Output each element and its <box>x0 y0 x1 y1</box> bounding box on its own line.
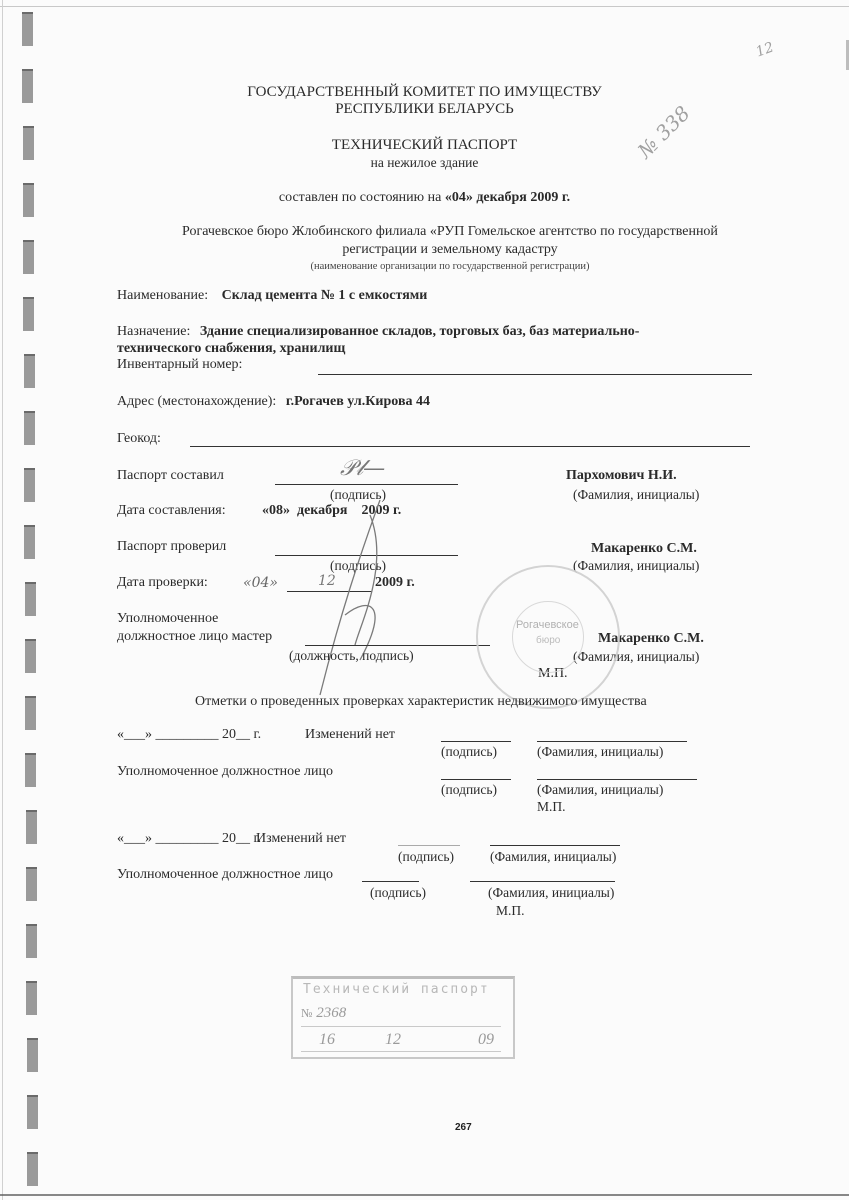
authorized-signature-line <box>305 645 490 646</box>
binding-hole <box>24 525 35 559</box>
authorized-sig-caption: (должность, подпись) <box>289 648 414 664</box>
inspection-1-sig-line <box>441 741 511 742</box>
seal-text-line-1: Рогачевское <box>516 619 579 631</box>
inspection-1-official-sig-caption: (подпись) <box>441 782 497 798</box>
as-of-date: «04» декабря 2009 г. <box>445 190 570 205</box>
registry-stamp-year: 09 <box>478 1031 494 1049</box>
geocode-label: Геокод: <box>117 431 161 447</box>
checked-name-caption: (Фамилия, инициалы) <box>573 558 699 574</box>
page-number: 267 <box>455 1122 472 1133</box>
inspection-2-official-sig-line <box>362 881 419 882</box>
checked-name: Макаренко С.М. <box>591 541 697 557</box>
purpose-value-line-2: технического снабжения, хранилищ <box>117 341 345 357</box>
inspection-2-status: Изменений нет <box>256 831 346 847</box>
address-label: Адрес (местонахождение): <box>117 394 276 409</box>
as-of-prefix: составлен по состоянию на <box>279 190 441 205</box>
binding-hole <box>22 12 33 46</box>
org-line-1: Рогачевское бюро Жлобинского филиала «РУ… <box>0 224 849 240</box>
binding-hole <box>27 1038 38 1072</box>
compiled-name-caption: (Фамилия, инициалы) <box>573 487 699 503</box>
inspection-2-date: «___» _________ 20__ г. <box>117 831 261 847</box>
inspection-1-official-label: Уполномоченное должностное лицо <box>117 764 333 780</box>
registry-number-prefix: № <box>301 1006 312 1020</box>
verifier-signature <box>300 495 410 705</box>
inspection-2-seal-place: М.П. <box>496 903 525 919</box>
geocode-underline <box>190 446 750 447</box>
binding-hole <box>25 696 36 730</box>
registry-stamp-month: 12 <box>385 1031 401 1049</box>
registry-stamp-number: № 2368 <box>301 1005 346 1022</box>
address-value: г.Рогачев ул.Кирова 44 <box>286 394 430 409</box>
compiled-name: Пархомович Н.И. <box>566 468 677 484</box>
compiled-signature-line <box>275 484 458 485</box>
inspection-1-name-line <box>537 741 687 742</box>
name-value: Склад цемента № 1 с емкостями <box>222 288 428 303</box>
registry-stamp-day: 16 <box>319 1031 335 1049</box>
checked-label: Паспорт проверил <box>117 539 226 555</box>
binding-hole <box>24 411 35 445</box>
binding-hole <box>26 810 37 844</box>
inspection-1-sig-caption: (подпись) <box>441 744 497 760</box>
inspection-1-official-name-caption: (Фамилия, инициалы) <box>537 782 663 798</box>
purpose-value-line-1: Здание специализированное складов, торго… <box>200 324 640 339</box>
authorized-label-line-1: Уполномоченное <box>117 611 218 627</box>
checked-date-label: Дата проверки: <box>117 575 208 591</box>
binding-hole <box>24 468 35 502</box>
as-of-line: составлен по состоянию на «04» декабря 2… <box>0 190 849 206</box>
scan-edge-top <box>0 6 849 7</box>
inspection-1-name-caption: (Фамилия, инициалы) <box>537 744 663 760</box>
binding-hole <box>26 924 37 958</box>
inventory-underline <box>318 374 752 375</box>
scan-edge-bottom <box>0 1194 849 1196</box>
seal-text-line-2: бюро <box>536 635 560 646</box>
registry-number-value: 2368 <box>316 1005 346 1021</box>
inspection-2-sig-caption: (подпись) <box>398 849 454 865</box>
binding-hole <box>27 1095 38 1129</box>
inspection-2-official-name-caption: (Фамилия, инициалы) <box>488 885 614 901</box>
binding-hole <box>25 582 36 616</box>
org-caption: (наименование организации по государстве… <box>0 261 849 272</box>
compiled-signature: 𝒫𝓁— <box>340 456 385 481</box>
checked-date-day: «04» <box>243 575 278 591</box>
name-label: Наименование: <box>117 288 208 303</box>
registry-stamp-divider-2 <box>301 1051 501 1052</box>
org-line-2: регистрации и земельному кадастру <box>0 242 849 258</box>
corner-page-mark: 12 <box>754 39 776 60</box>
committee-line-2: РЕСПУБЛИКИ БЕЛАРУСЬ <box>0 101 849 118</box>
binding-hole <box>26 981 37 1015</box>
inspection-2-sig-line <box>398 845 460 846</box>
binding-hole <box>27 1152 38 1186</box>
inspection-1-status: Изменений нет <box>305 727 395 743</box>
inspections-heading: Отметки о проведенных проверках характер… <box>195 694 647 710</box>
binding-hole <box>24 354 35 388</box>
inspection-2-official-sig-caption: (подпись) <box>370 885 426 901</box>
committee-line-1: ГОСУДАРСТВЕННЫЙ КОМИТЕТ ПО ИМУЩЕСТВУ <box>0 84 849 101</box>
name-row: Наименование: Склад цемента № 1 с емкост… <box>117 288 427 304</box>
inspection-2-official-name-line <box>470 881 615 882</box>
document-subtitle: на нежилое здание <box>0 155 849 171</box>
inspection-2-official-label: Уполномоченное должностное лицо <box>117 867 333 883</box>
purpose-row: Назначение: Здание специализированное ск… <box>117 324 639 340</box>
inspection-1-official-sig-line <box>441 779 511 780</box>
inspection-1-date: «___» _________ 20__ г. <box>117 727 261 743</box>
inspection-2-name-line <box>490 845 620 846</box>
official-round-seal: Рогачевское бюро <box>476 565 620 709</box>
address-row: Адрес (местонахождение): г.Рогачев ул.Ки… <box>117 394 430 410</box>
purpose-label: Назначение: <box>117 324 190 339</box>
inspection-2-name-caption: (Фамилия, инициалы) <box>490 849 616 865</box>
binding-hole <box>26 867 37 901</box>
binding-hole <box>25 639 36 673</box>
compiled-date-label: Дата составления: <box>117 503 226 519</box>
document-title: ТЕХНИЧЕСКИЙ ПАСПОРТ <box>0 137 849 154</box>
scan-edge-left <box>2 0 3 1200</box>
binding-hole <box>23 297 34 331</box>
registry-stamp-header: Технический паспорт <box>303 982 490 997</box>
inspection-1-seal-place: М.П. <box>537 799 566 815</box>
registry-stamp: Технический паспорт № 2368 16 12 09 <box>291 976 515 1059</box>
binding-hole <box>25 753 36 787</box>
compiled-label: Паспорт составил <box>117 468 224 484</box>
registry-stamp-divider-1 <box>301 1026 501 1027</box>
inspection-1-official-name-line <box>537 779 697 780</box>
authorized-label-line-2: должностное лицо мастер <box>117 629 272 645</box>
inventory-label: Инвентарный номер: <box>117 357 242 373</box>
